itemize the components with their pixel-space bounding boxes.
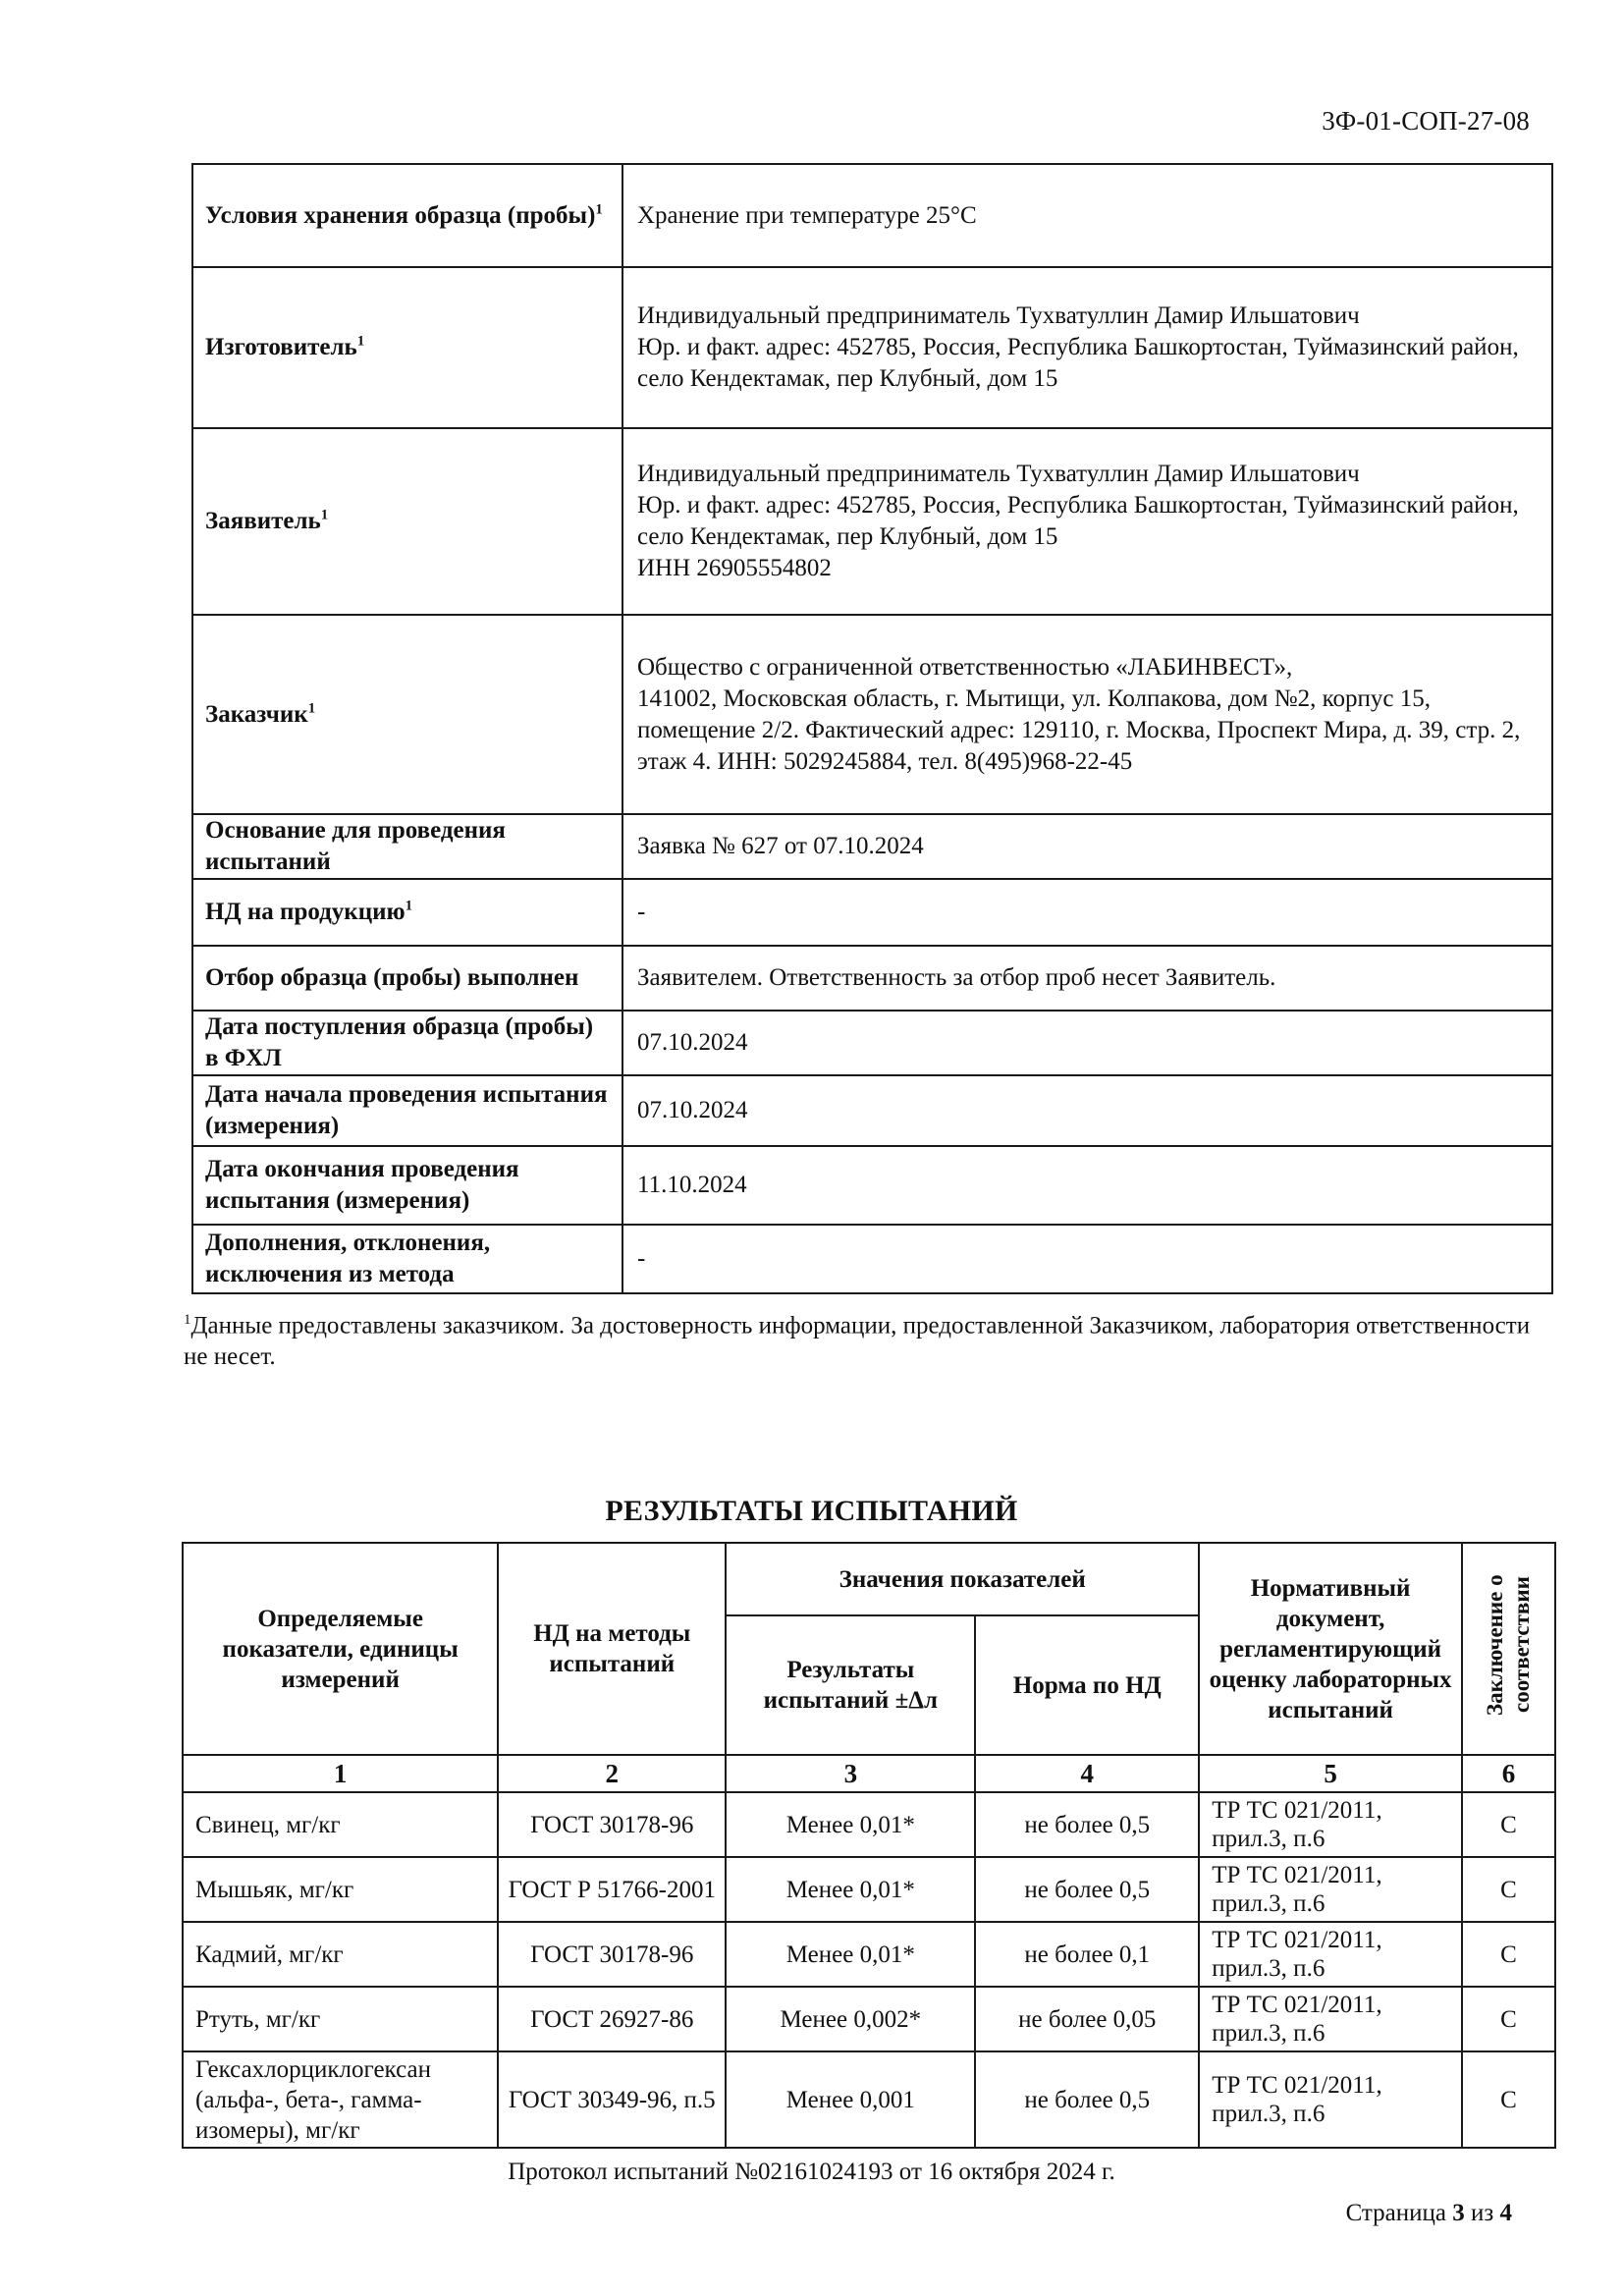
method-cell: ГОСТ 30178-96 — [498, 1792, 726, 1857]
conclusion-cell: С — [1462, 1922, 1555, 1987]
header-values-group: Значения показателей — [726, 1543, 1199, 1615]
document-code: 3Ф-01-СОП-27-08 — [1322, 106, 1530, 137]
info-value: Заявка № 627 от 07.10.2024 — [622, 814, 1552, 879]
column-number: 2 — [498, 1755, 726, 1792]
results-title: РЕЗУЛЬТАТЫ ИСПЫТАНИЙ — [0, 1495, 1623, 1528]
method-cell: ГОСТ 30178-96 — [498, 1922, 726, 1987]
column-number: 3 — [726, 1755, 975, 1792]
indicator-cell: Мышьяк, мг/кг — [183, 1857, 498, 1922]
info-value: 07.10.2024 — [622, 1075, 1552, 1146]
info-value: - — [622, 1225, 1552, 1293]
info-row: Дата начала проведения испытания (измере… — [192, 1075, 1552, 1146]
table-row: Мышьяк, мг/кгГОСТ Р 51766-2001Менее 0,01… — [183, 1857, 1555, 1922]
norm-cell: не более 0,5 — [975, 1857, 1199, 1922]
page-current: 3 — [1452, 2200, 1465, 2226]
normative-doc-cell: ТР ТС 021/2011, прил.3, п.6 — [1199, 2051, 1462, 2148]
column-number: 5 — [1199, 1755, 1462, 1792]
header-indicators: Определяемые показатели, единицы измерен… — [183, 1543, 498, 1755]
norm-cell: не более 0,5 — [975, 2051, 1199, 2148]
info-row: Дополнения, отклонения, исключения из ме… — [192, 1225, 1552, 1293]
header-norm: Норма по НД — [975, 1615, 1199, 1755]
info-row: Отбор образца (пробы) выполненЗаявителем… — [192, 946, 1552, 1011]
info-value: 11.10.2024 — [622, 1146, 1552, 1225]
footnote-marker: 1 — [184, 1312, 191, 1328]
conclusion-cell: С — [1462, 1987, 1555, 2051]
result-cell: Менее 0,01* — [726, 1857, 975, 1922]
info-label: Дата начала проведения испытания (измере… — [192, 1075, 622, 1146]
header-normative-doc: Нормативный документ, регламентирующий о… — [1199, 1543, 1462, 1755]
info-value: - — [622, 879, 1552, 946]
indicator-cell: Кадмий, мг/кг — [183, 1922, 498, 1987]
method-cell: ГОСТ Р 51766-2001 — [498, 1857, 726, 1922]
result-cell: Менее 0,001 — [726, 2051, 975, 2148]
column-number: 1 — [183, 1755, 498, 1792]
info-label: Заказчик1 — [192, 615, 622, 814]
info-row: НД на продукцию1- — [192, 879, 1552, 946]
info-row: Дата окончания проведения испытания (изм… — [192, 1146, 1552, 1225]
norm-cell: не более 0,05 — [975, 1987, 1199, 2051]
method-cell: ГОСТ 26927-86 — [498, 1987, 726, 2051]
footnote: 1Данные предоставлены заказчиком. За дос… — [184, 1304, 1558, 1373]
info-label: НД на продукцию1 — [192, 879, 622, 946]
info-label: Основание для проведения испытаний — [192, 814, 622, 879]
indicator-cell: Ртуть, мг/кг — [183, 1987, 498, 2051]
table-row: Кадмий, мг/кгГОСТ 30178-96Менее 0,01*не … — [183, 1922, 1555, 1987]
info-label: Заявитель1 — [192, 428, 622, 615]
info-row: Изготовитель1Индивидуальный предпринимат… — [192, 267, 1552, 428]
header-conclusion-cell: Заключение о соответствии — [1462, 1543, 1555, 1755]
normative-doc-cell: ТР ТС 021/2011, прил.3, п.6 — [1199, 1857, 1462, 1922]
info-label: Условия хранения образца (пробы)1 — [192, 164, 622, 267]
normative-doc-cell: ТР ТС 021/2011, прил.3, п.6 — [1199, 1922, 1462, 1987]
footnote-ref: 1 — [406, 899, 413, 914]
norm-cell: не более 0,1 — [975, 1922, 1199, 1987]
conclusion-cell: С — [1462, 1792, 1555, 1857]
info-row: Условия хранения образца (пробы)1Хранени… — [192, 164, 1552, 267]
footnote-ref: 1 — [321, 508, 329, 523]
info-value: Заявителем. Ответственность за отбор про… — [622, 946, 1552, 1011]
table-row: Ртуть, мг/кгГОСТ 26927-86Менее 0,002*не … — [183, 1987, 1555, 2051]
info-value: Индивидуальный предприниматель Тухватулл… — [622, 267, 1552, 428]
info-label: Изготовитель1 — [192, 267, 622, 428]
method-cell: ГОСТ 30349-96, п.5 — [498, 2051, 726, 2148]
page-prefix: Страница — [1346, 2200, 1446, 2226]
indicator-cell: Свинец, мг/кг — [183, 1792, 498, 1857]
info-label: Дополнения, отклонения, исключения из ме… — [192, 1225, 622, 1293]
normative-doc-cell: ТР ТС 021/2011, прил.3, п.6 — [1199, 1792, 1462, 1857]
table-row: Свинец, мг/кгГОСТ 30178-96Менее 0,01*не … — [183, 1792, 1555, 1857]
info-value: Общество с ограниченной ответственностью… — [622, 615, 1552, 814]
info-label: Дата поступления образца (пробы) в ФХЛ — [192, 1011, 622, 1075]
info-row: Заявитель1Индивидуальный предприниматель… — [192, 428, 1552, 615]
indicator-cell: Гексахлорциклогексан (альфа-, бета-, гам… — [183, 2051, 498, 2148]
result-cell: Менее 0,01* — [726, 1922, 975, 1987]
footnote-text: Данные предоставлены заказчиком. За дост… — [184, 1312, 1530, 1370]
footnote-ref: 1 — [308, 700, 316, 716]
info-row: Основание для проведения испытанийЗаявка… — [192, 814, 1552, 879]
header-methods: НД на методы испытаний — [498, 1543, 726, 1755]
norm-cell: не более 0,5 — [975, 1792, 1199, 1857]
conclusion-cell: С — [1462, 1857, 1555, 1922]
results-table: Определяемые показатели, единицы измерен… — [182, 1542, 1556, 2149]
info-value: 07.10.2024 — [622, 1011, 1552, 1075]
conclusion-cell: С — [1462, 2051, 1555, 2148]
normative-doc-cell: ТР ТС 021/2011, прил.3, п.6 — [1199, 1987, 1462, 2051]
page-number: Страница 3 из 4 — [1346, 2200, 1512, 2227]
column-number: 4 — [975, 1755, 1199, 1792]
result-cell: Менее 0,002* — [726, 1987, 975, 2051]
info-row: Заказчик1Общество с ограниченной ответст… — [192, 615, 1552, 814]
result-cell: Менее 0,01* — [726, 1792, 975, 1857]
info-value: Хранение при температуре 25°C — [622, 164, 1552, 267]
footnote-ref: 1 — [357, 334, 365, 350]
page-sep: из — [1471, 2200, 1493, 2226]
info-label: Отбор образца (пробы) выполнен — [192, 946, 622, 1011]
table-row: Гексахлорциклогексан (альфа-, бета-, гам… — [183, 2051, 1555, 2148]
header-conclusion: Заключение о соответствии — [1482, 1540, 1535, 1750]
sample-info-table: Условия хранения образца (пробы)1Хранени… — [191, 163, 1553, 1294]
footnote-ref: 1 — [595, 201, 603, 217]
info-row: Дата поступления образца (пробы) в ФХЛ07… — [192, 1011, 1552, 1075]
header-result: Результаты испытаний ±Δл — [726, 1615, 975, 1755]
info-label: Дата окончания проведения испытания (изм… — [192, 1146, 622, 1225]
page-total: 4 — [1500, 2200, 1513, 2226]
column-number: 6 — [1462, 1755, 1555, 1792]
protocol-reference: Протокол испытаний №02161024193 от 16 ок… — [0, 2159, 1623, 2186]
info-value: Индивидуальный предприниматель Тухватулл… — [622, 428, 1552, 615]
